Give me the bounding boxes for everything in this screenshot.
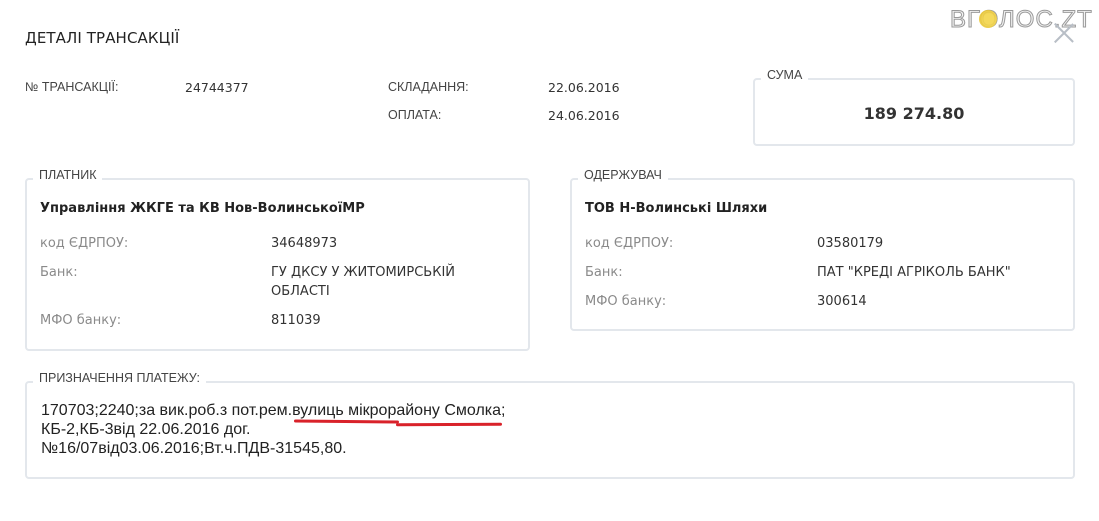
- transaction-number-value: 24744377: [185, 80, 249, 95]
- sum-panel: СУМА 189 274.80: [753, 78, 1075, 146]
- payer-bank-label: Банк:: [40, 265, 78, 280]
- payer-legend: ПЛАТНИК: [33, 167, 102, 183]
- sum-legend: СУМА: [761, 67, 808, 83]
- transaction-number-label: № ТРАНСАКЦІЇ:: [25, 80, 118, 94]
- page-title: ДЕТАЛІ ТРАНСАКЦІЇ: [25, 29, 179, 47]
- recipient-legend: ОДЕРЖУВАЧ: [578, 167, 668, 183]
- created-date-value: 22.06.2016: [548, 80, 620, 95]
- recipient-bank-label: Банк:: [585, 265, 623, 280]
- paid-date-label: ОПЛАТА:: [388, 108, 441, 122]
- recipient-name: ТОВ Н-Волинські Шляхи: [585, 201, 767, 216]
- payer-mfo-value: 811039: [271, 311, 321, 330]
- payer-bank-value: ГУ ДКСУ У ЖИТОМИРСЬКІЙ ОБЛАСТІ: [271, 263, 501, 301]
- payer-name: Управління ЖКГЕ та КВ Нов-ВолинськоїМР: [40, 201, 365, 216]
- purpose-line-1: 170703;2240;за вик.роб.з пот.рем.вулиць …: [41, 401, 661, 420]
- paid-date-value: 24.06.2016: [548, 108, 620, 123]
- recipient-panel: ОДЕРЖУВАЧ ТОВ Н-Волинські Шляхи код ЄДРП…: [570, 178, 1075, 331]
- payer-edrpou-value: 34648973: [271, 234, 337, 253]
- transaction-details-dialog: ДЕТАЛІ ТРАНСАКЦІЇ ВГОЛОС.ZT № ТРАНСАКЦІЇ…: [0, 0, 1099, 521]
- recipient-mfo-value: 300614: [817, 292, 867, 311]
- purpose-line-3: №16/07від03.06.2016;Вт.ч.ПДВ-31545,80.: [41, 439, 661, 458]
- recipient-edrpou-value: 03580179: [817, 234, 883, 253]
- recipient-bank-value: ПАТ "КРЕДІ АГРІКОЛЬ БАНК": [817, 263, 1011, 282]
- payer-edrpou-label: код ЄДРПОУ:: [40, 236, 128, 251]
- logo-signal-icon: [979, 10, 997, 28]
- recipient-edrpou-label: код ЄДРПОУ:: [585, 236, 673, 251]
- close-icon[interactable]: [1053, 22, 1075, 44]
- payment-purpose-panel: ПРИЗНАЧЕННЯ ПЛАТЕЖУ: 170703;2240;за вик.…: [25, 381, 1075, 479]
- created-date-label: СКЛАДАННЯ:: [388, 80, 469, 94]
- payment-purpose-legend: ПРИЗНАЧЕННЯ ПЛАТЕЖУ:: [33, 370, 206, 386]
- payer-panel: ПЛАТНИК Управління ЖКГЕ та КВ Нов-Волинс…: [25, 178, 530, 351]
- recipient-mfo-label: МФО банку:: [585, 294, 666, 309]
- sum-value: 189 274.80: [755, 104, 1073, 123]
- payment-purpose-text: 170703;2240;за вик.роб.з пот.рем.вулиць …: [41, 401, 661, 458]
- payer-mfo-label: МФО банку:: [40, 313, 121, 328]
- highlight-underline-2: [396, 423, 502, 427]
